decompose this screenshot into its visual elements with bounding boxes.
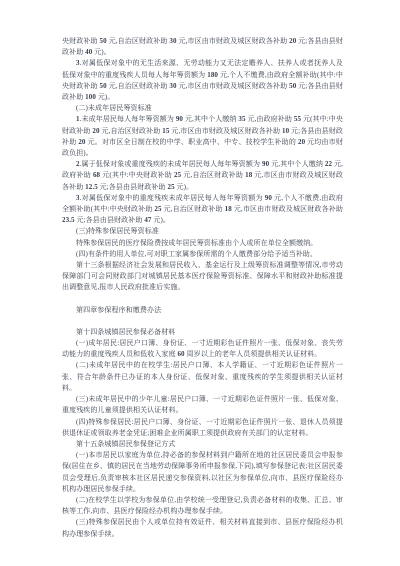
paragraph: (一)本市居民以家庭为单位,持必备的参保材料到户籍所在地的社区居民委员会申报参保… bbox=[62, 450, 343, 495]
paragraph: 第十四条城镇居民参保必备材料 bbox=[62, 327, 343, 338]
paragraph: 第十三条根据经济社会发展和居民收入、基金运行及上级筹资标准调整等情况,市劳动保障… bbox=[62, 260, 343, 294]
paragraph: 央财政补助 50 元,自治区财政补助 30 元,市区由市财政及城区财政各补助 2… bbox=[62, 36, 343, 58]
paragraph: (四)特殊参保居民:居民户口簿、身份证、一寸近期彩色证件照片一张、退休人员须提供… bbox=[62, 417, 343, 439]
paragraph: 特殊参保居民的医疗保险费按成年居民筹资标准由个人或所在单位全额缴纳。 bbox=[62, 238, 343, 249]
paragraph: (一)成年居民:居民户口簿、身份证、一寸近期彩色证件照片一张、低保对象、丧失劳动… bbox=[62, 338, 343, 360]
paragraph: 3.对属低保对象中的重度残疾未成年居民每人每年筹资额为 90 元,个人不缴费,由… bbox=[62, 193, 343, 227]
paragraph: (三)未成年居民中的少年儿童:居民户口簿、一寸近期彩色证件照片一张、低保对象、重… bbox=[62, 394, 343, 416]
document-page: 央财政补助 50 元,自治区财政补助 30 元,市区由市财政及城区财政各补助 2… bbox=[62, 36, 343, 540]
paragraph: (三)特殊参保居民由个人或单位持有效证件、相关材料直接到市、县医疗保险经办机构办… bbox=[62, 517, 343, 539]
paragraph: 3.对属低保对象中的无生活来源、无劳动能力又无法定赡养人、扶养人或者抚养人及低保… bbox=[62, 58, 343, 103]
paragraph: (二)未成年居民筹资标准 bbox=[62, 103, 343, 114]
paragraph: 2.属于低保对象或重度残疾的未成年居民每人每年筹资额为 90 元,其中个人缴纳 … bbox=[62, 159, 343, 193]
paragraph: (二)在校学生以学校为参保单位,由学校统一受理登记,负责必备材料的收集、汇总、审… bbox=[62, 495, 343, 517]
paragraph: (四)有条件的用人单位,可对职工家属参保所需的个人缴费部分给予适当补助。 bbox=[62, 249, 343, 260]
document-body: 央财政补助 50 元,自治区财政补助 30 元,市区由市财政及城区财政各补助 2… bbox=[62, 36, 343, 540]
paragraph: (三)特殊参保居民筹资标准 bbox=[62, 226, 343, 237]
paragraph: (二)未成年居民中的在校学生:居民户口簿、本人学籍证、一寸近期彩色证件照片一张、… bbox=[62, 360, 343, 394]
paragraph: 1.未成年居民每人每年筹资额为 90 元,其中个人缴纳 35 元,由政府补助 5… bbox=[62, 114, 343, 159]
chapter-heading: 第四章参保程序和缴费办法 bbox=[62, 305, 343, 316]
paragraph: 第十五条城镇居民参保登记方式 bbox=[62, 439, 343, 450]
document-canvas: { "page": { "background": "#ffffff", "te… bbox=[0, 0, 400, 566]
